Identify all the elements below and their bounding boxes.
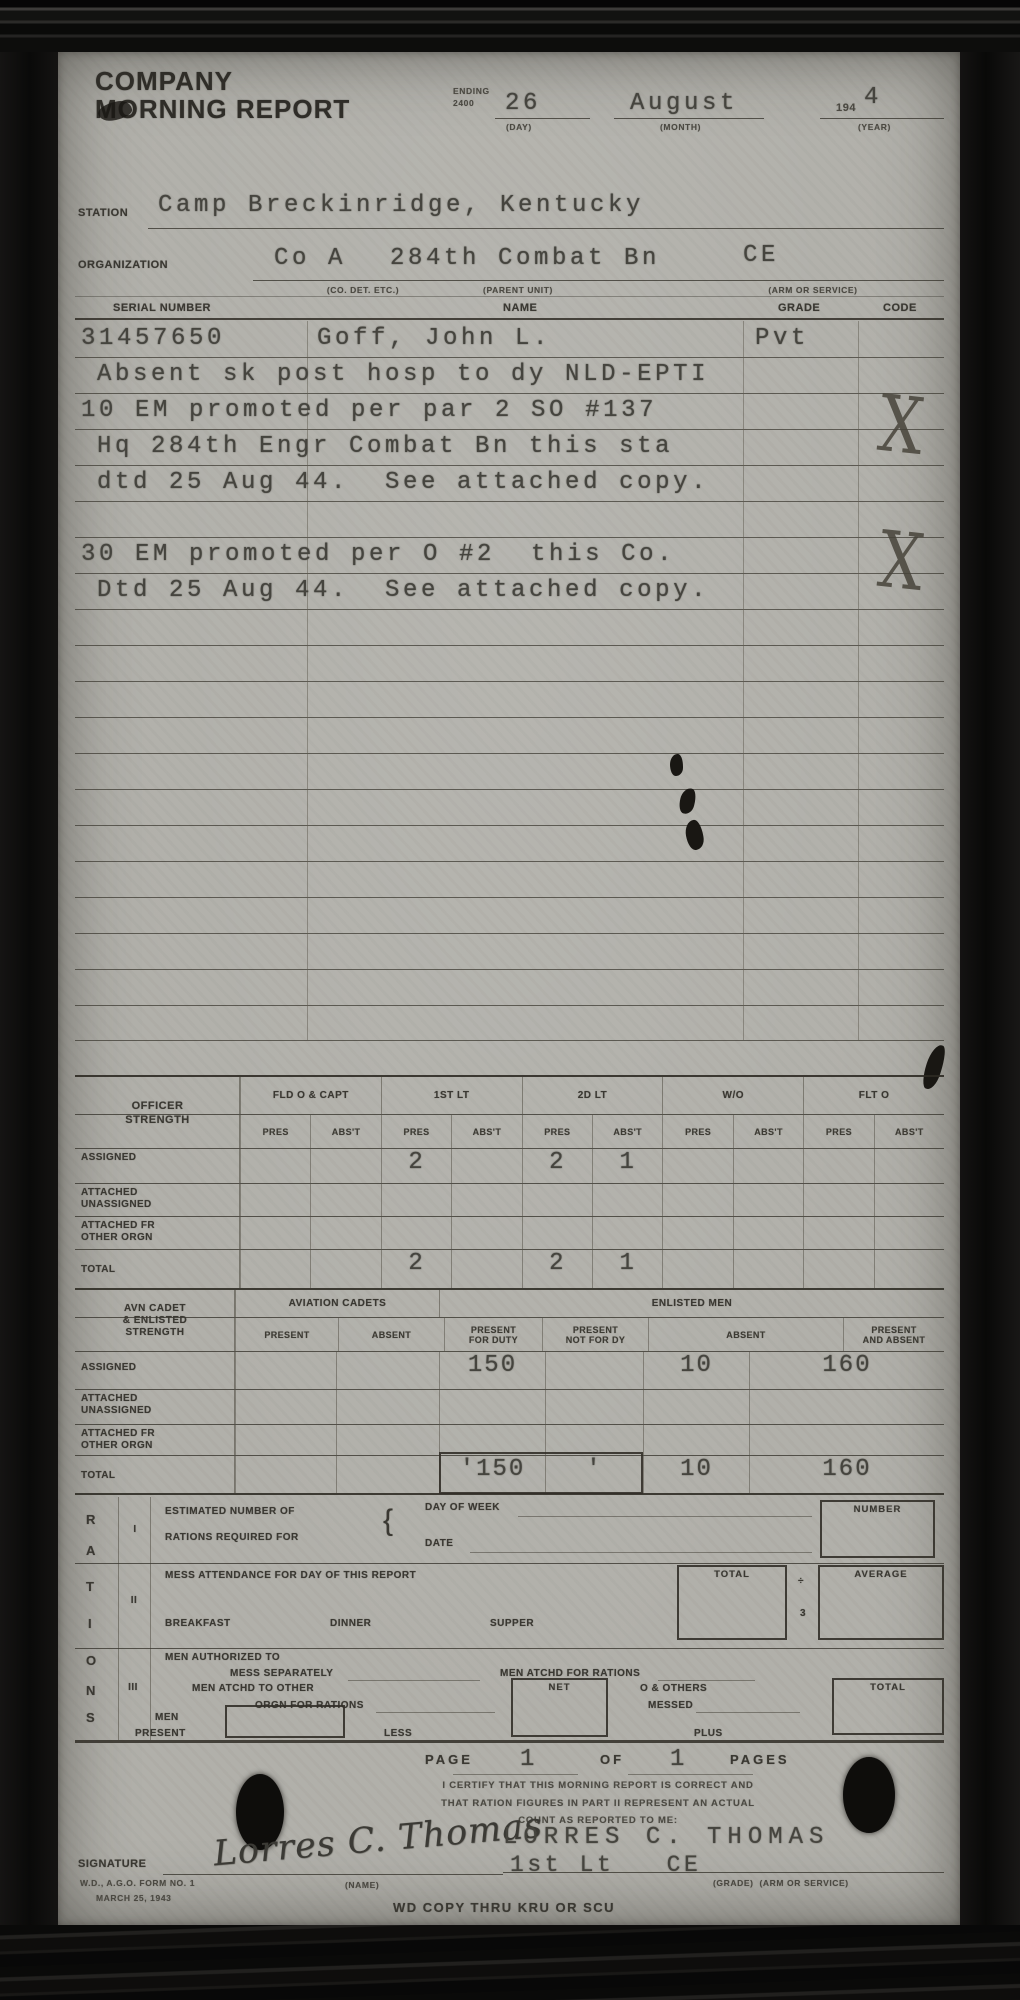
strength-cell-value (643, 1425, 749, 1455)
subheader-pres: PRES (240, 1115, 310, 1148)
strength-cell-value (235, 1352, 336, 1389)
arm-service-value: CE (743, 242, 779, 269)
strength-cell-value (451, 1149, 521, 1183)
subheader-present-and-absent: PRESENT AND ABSENT (843, 1318, 944, 1351)
strength-cell-value (439, 1390, 545, 1424)
strength-cell-value (522, 1184, 592, 1216)
table-row: Absent sk post hosp to dy NLD-EPTI (75, 357, 944, 394)
table-row-blank (75, 1005, 944, 1041)
pages-label: PAGES (730, 1752, 790, 1767)
form-paper: COMPANY MORNING REPORT ENDING 2400 26 (D… (58, 52, 960, 1925)
strength-cell-value (662, 1149, 732, 1183)
strength-cell-value: 2 (522, 1250, 592, 1288)
table-row-blank (75, 609, 944, 646)
org-sub-label-parent: (PARENT UNIT) (418, 285, 618, 295)
strength-cell-value (310, 1149, 380, 1183)
strength-cell-value (310, 1217, 380, 1249)
others-messed-line1: O & OTHERS (640, 1683, 707, 1694)
men-present-line2: PRESENT (135, 1728, 186, 1739)
section-numeral-2: II (120, 1595, 148, 1606)
row-label: TOTAL (75, 1250, 240, 1288)
code-x-mark: X (863, 383, 940, 470)
strength-cell-value (733, 1149, 803, 1183)
strength-cell-value (874, 1217, 944, 1249)
officer-row-attached-fr-other: ATTACHED FR OTHER ORGN (75, 1217, 944, 1250)
form-title-line1: COMPANY (95, 66, 233, 97)
rations-letter: O (86, 1653, 97, 1668)
strength-cell-value (240, 1184, 310, 1216)
strength-cell-value (874, 1149, 944, 1183)
remark-text: 30 EM promoted per O #2 this Co. (81, 541, 675, 568)
form-number: W.D., A.G.O. FORM NO. 1 (80, 1878, 195, 1888)
grade-arm-sublabel: (GRADE) (ARM OR SERVICE) (713, 1878, 849, 1888)
group-header-1st-lt: 1ST LT (381, 1077, 522, 1114)
strength-cell-value (662, 1184, 732, 1216)
year-value: 4 (864, 84, 882, 111)
strength-cell-value (662, 1217, 732, 1249)
scan-edge-bottom (0, 1925, 1020, 2000)
men-present-line1: MEN (155, 1712, 179, 1723)
rations-total-box-label: TOTAL (834, 1682, 942, 1693)
remark-text: Absent sk post hosp to dy NLD-EPTI (97, 361, 709, 388)
subheader-abst: ABS'T (451, 1115, 521, 1148)
enlisted-row-total: TOTAL '150'10160 (75, 1456, 944, 1495)
table-row-blank (75, 933, 944, 970)
month-value: August (630, 90, 738, 117)
month-label: (MONTH) (660, 122, 701, 132)
remark-text: Hq 284th Engr Combat Bn this sta (97, 433, 673, 460)
remark-text: dtd 25 Aug 44. See attached copy. (97, 469, 709, 496)
signed-grade-typed: 1st Lt CE (510, 1852, 701, 1878)
row-label: ASSIGNED (75, 1149, 240, 1183)
strength-cell-value (592, 1184, 662, 1216)
officer-row-attached-unassigned: ATTACHED UNASSIGNED (75, 1184, 944, 1217)
col-header-code: CODE (883, 302, 917, 314)
row-label: ATTACHED FR OTHER ORGN (75, 1425, 235, 1455)
divide-by-value: 3 (800, 1608, 806, 1619)
strength-cell-value (381, 1217, 451, 1249)
organization-label: ORGANIZATION (78, 259, 168, 271)
strength-cell-value (310, 1184, 380, 1216)
table-row: 30 EM promoted per O #2 this Co. (75, 537, 944, 574)
men-present-box (225, 1705, 345, 1738)
subheader-abst: ABS'T (733, 1115, 803, 1148)
row-label: ASSIGNED (75, 1352, 235, 1389)
strength-cell-value (545, 1352, 643, 1389)
certify-line2: THAT RATION FIGURES IN PART II REPRESENT… (368, 1798, 828, 1809)
enlisted-strength-table: AVIATION CADETS ENLISTED MEN PRESENT ABS… (75, 1290, 944, 1495)
strength-cell-value (733, 1217, 803, 1249)
men-authorized-line1: MEN AUTHORIZED TO (165, 1652, 280, 1663)
of-label: OF (600, 1752, 624, 1767)
page-label: PAGE (425, 1752, 473, 1767)
group-header-2d-lt: 2D LT (522, 1077, 663, 1114)
enlisted-strength-corner-label: AVN CADET & ENLISTED STRENGTH (75, 1290, 235, 1352)
group-header-wo: W/O (662, 1077, 803, 1114)
mess-attendance-label: MESS ATTENDANCE FOR DAY OF THIS REPORT (165, 1570, 416, 1581)
strength-cell-value (545, 1425, 643, 1455)
grade-value: Pvt (755, 325, 809, 352)
col-header-serial-number: SERIAL NUMBER (113, 302, 211, 314)
table-row: 10 EM promoted per par 2 SO #137 (75, 393, 944, 430)
table-row: Dtd 25 Aug 44. See attached copy. (75, 573, 944, 610)
plus-label: PLUS (694, 1728, 723, 1739)
strength-cell-value: 160 (749, 1456, 944, 1493)
net-box-label: NET (513, 1682, 606, 1693)
less-label: LESS (384, 1728, 412, 1739)
strength-cell-value (803, 1184, 873, 1216)
col-header-name: NAME (503, 302, 537, 314)
strength-cell-value (240, 1149, 310, 1183)
certify-line1: I CERTIFY THAT THIS MORNING REPORT IS CO… (368, 1780, 828, 1791)
strength-cell-value (235, 1390, 336, 1424)
year-label: (YEAR) (858, 122, 891, 132)
mess-total-box: TOTAL (677, 1565, 787, 1640)
group-header-aviation-cadets: AVIATION CADETS (235, 1290, 439, 1317)
number-box-label: NUMBER (822, 1504, 933, 1515)
row-label: ATTACHED FR OTHER ORGN (75, 1217, 240, 1249)
supper-label: SUPPER (490, 1618, 534, 1629)
group-header-enlisted-men: ENLISTED MEN (439, 1290, 944, 1317)
ending-label: ENDING (453, 86, 490, 96)
table-row: dtd 25 Aug 44. See attached copy. (75, 465, 944, 502)
copy-note: WD COPY THRU KRU OR SCU (393, 1900, 615, 1915)
strength-cell-value (643, 1390, 749, 1424)
year-prefix: 194 (836, 102, 856, 114)
strength-cell-value (235, 1425, 336, 1455)
signed-name-typed: LORRES C. THOMAS (503, 1824, 829, 1851)
men-atchd-other-line1: MEN ATCHD TO OTHER (192, 1683, 314, 1694)
date-label: DATE (425, 1538, 453, 1549)
strength-cell-value (240, 1217, 310, 1249)
table-row-blank (75, 861, 944, 898)
section-numeral-1: I (122, 1524, 148, 1535)
breakfast-label: BREAKFAST (165, 1618, 231, 1629)
rations-letter: R (86, 1512, 96, 1527)
strength-cell-value (733, 1184, 803, 1216)
table-row (75, 501, 944, 538)
subheader-absent-em: ABSENT (648, 1318, 843, 1351)
enlisted-row-attached-unassigned: ATTACHED UNASSIGNED (75, 1390, 944, 1425)
remark-text: Dtd 25 Aug 44. See attached copy. (97, 577, 709, 604)
strength-cell-value (545, 1390, 643, 1424)
strength-cell-value (874, 1250, 944, 1288)
rations-letter: S (86, 1710, 95, 1725)
officer-strength-table: FLD O & CAPT 1ST LT 2D LT W/O FLT O PRES… (75, 1075, 944, 1290)
group-header-flt-o: FLT O (803, 1077, 944, 1114)
rations-letter: I (88, 1616, 92, 1631)
table-row: Hq 284th Engr Combat Bn this sta (75, 429, 944, 466)
net-box: NET (511, 1678, 608, 1737)
station-value: Camp Breckinridge, Kentucky (158, 192, 644, 219)
table-row-blank (75, 717, 944, 754)
rations-letter: T (86, 1579, 94, 1594)
strength-cell-value (451, 1184, 521, 1216)
divide-sign: ÷ (798, 1576, 804, 1587)
strength-cell-value: 150 (439, 1352, 545, 1389)
strength-cell-value: 1 (592, 1250, 662, 1288)
table-row-blank (75, 825, 944, 862)
estimated-rations-line1: ESTIMATED NUMBER OF (165, 1506, 295, 1517)
station-label: STATION (78, 207, 128, 219)
subheader-present: PRESENT (235, 1318, 338, 1351)
ink-blot (670, 754, 683, 776)
strength-cell-value (803, 1250, 873, 1288)
day-value: 26 (505, 90, 541, 117)
strength-cell-value: 10 (643, 1456, 749, 1493)
table-row-blank (75, 969, 944, 1006)
row-label: TOTAL (75, 1456, 235, 1493)
strength-cell-value: 10 (643, 1352, 749, 1389)
form-date: MARCH 25, 1943 (96, 1893, 171, 1903)
remark-text: 10 EM promoted per par 2 SO #137 (81, 397, 657, 424)
strength-cell-value (803, 1149, 873, 1183)
strength-cell-value: 2 (381, 1250, 451, 1288)
strength-cell-value (310, 1250, 380, 1288)
table-row-blank (75, 645, 944, 682)
scanned-morning-report: COMPANY MORNING REPORT ENDING 2400 26 (D… (0, 0, 1020, 2000)
subheader-pres: PRES (381, 1115, 451, 1148)
subheader-pres: PRES (803, 1115, 873, 1148)
subheader-absent: ABSENT (338, 1318, 444, 1351)
strength-cell-value (803, 1217, 873, 1249)
scan-edge-top (0, 0, 1020, 52)
rations-letter: N (86, 1683, 96, 1698)
subheader-pres: PRES (662, 1115, 732, 1148)
strength-cell-value (235, 1456, 336, 1493)
table-row-blank (75, 897, 944, 934)
strength-cell-value (336, 1352, 439, 1389)
subheader-present-for-duty: PRESENT FOR DUTY (444, 1318, 542, 1351)
mess-total-box-label: TOTAL (679, 1569, 785, 1580)
estimated-rations-line2: RATIONS REQUIRED FOR (165, 1532, 299, 1543)
day-label: (DAY) (506, 122, 532, 132)
serial-number-value: 31457650 (81, 325, 225, 352)
strength-cell-value (451, 1217, 521, 1249)
others-messed-line2: MESSED (648, 1700, 693, 1711)
subheader-present-not-for-dy: PRESENT NOT FOR DY (542, 1318, 648, 1351)
strength-cell-value (749, 1425, 944, 1455)
strength-cell-value (662, 1250, 732, 1288)
strength-cell-value (240, 1250, 310, 1288)
officer-row-assigned: ASSIGNED 221 (75, 1149, 944, 1184)
code-x-mark: X (863, 519, 940, 606)
mess-average-box: AVERAGE (818, 1565, 944, 1640)
name-sublabel: (NAME) (345, 1880, 379, 1890)
punch-hole-right (843, 1757, 895, 1833)
ending-time: 2400 (453, 98, 474, 108)
section-numeral-3: III (118, 1682, 148, 1693)
strength-cell-value (874, 1184, 944, 1216)
pages-value: 1 (670, 1746, 688, 1773)
mess-average-box-label: AVERAGE (820, 1569, 942, 1580)
form-title-line2: MORNING REPORT (95, 94, 350, 125)
men-authorized-line2: MESS SEPARATELY (230, 1668, 333, 1679)
strength-cell-value (733, 1250, 803, 1288)
strength-cell-value (336, 1390, 439, 1424)
strength-cell-value (522, 1217, 592, 1249)
page-value: 1 (520, 1746, 538, 1773)
strength-cell-value: 2 (522, 1149, 592, 1183)
organization-co-value: Co A (274, 245, 346, 272)
row-label: ATTACHED UNASSIGNED (75, 1184, 240, 1216)
officer-strength-corner-label: OFFICER STRENGTH (75, 1077, 240, 1149)
subheader-abst: ABS'T (310, 1115, 380, 1148)
signature-label: SIGNATURE (78, 1858, 146, 1870)
subheader-abst: ABS'T (874, 1115, 944, 1148)
officer-row-total: TOTAL 221 (75, 1250, 944, 1290)
table-row: 31457650 Goff, John L. Pvt (75, 321, 944, 358)
arm-service-label: (ARM OR SERVICE) (698, 285, 928, 295)
row-label: ATTACHED UNASSIGNED (75, 1390, 235, 1424)
table-row-blank (75, 789, 944, 826)
strength-cell-value (451, 1250, 521, 1288)
strength-cell-value (336, 1456, 439, 1493)
subheader-abst: ABS'T (592, 1115, 662, 1148)
subheader-pres: PRES (522, 1115, 592, 1148)
strength-cell-value: 160 (749, 1352, 944, 1389)
rations-total-box: TOTAL (832, 1678, 944, 1735)
table-row-blank (75, 753, 944, 790)
brace-glyph: { (383, 1504, 394, 1538)
number-box: NUMBER (820, 1500, 935, 1558)
group-header-fld-o-capt: FLD O & CAPT (240, 1077, 381, 1114)
strength-cell-value (749, 1390, 944, 1424)
dinner-label: DINNER (330, 1618, 371, 1629)
table-row-blank (75, 681, 944, 718)
strength-cell-value (592, 1217, 662, 1249)
organization-parent-value: 284th Combat Bn (390, 245, 660, 272)
strength-cell-value (336, 1425, 439, 1455)
total-count-box (439, 1452, 643, 1494)
strength-cell-value: 1 (592, 1149, 662, 1183)
rations-letter: A (86, 1543, 96, 1558)
col-header-grade: GRADE (778, 302, 820, 314)
strength-cell-value (439, 1425, 545, 1455)
soldier-name-value: Goff, John L. (317, 325, 551, 352)
day-of-week-label: DAY OF WEEK (425, 1502, 500, 1513)
strength-cell-value (381, 1184, 451, 1216)
enlisted-row-assigned: ASSIGNED 15010160 (75, 1352, 944, 1390)
strength-cell-value: 2 (381, 1149, 451, 1183)
